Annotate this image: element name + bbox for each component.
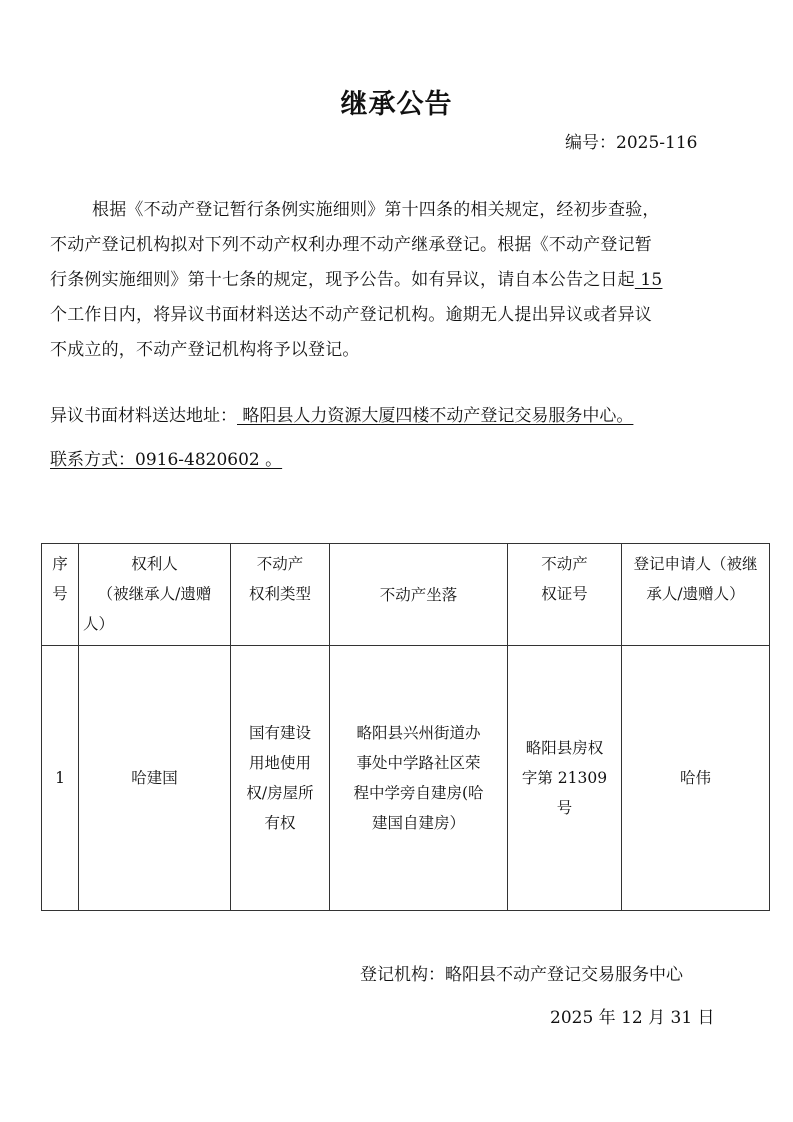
cell-applicant: 哈伟: [622, 646, 770, 911]
cell-certificate: 略阳县房权 字第 21309 号: [508, 646, 622, 911]
body-line-3-text: 行条例实施细则》第十七条的规定，现予公告。如有异议，请自本公告之日起: [50, 270, 635, 290]
cell-right-type: 国有建设 用地使用 权/房屋所 有权: [231, 646, 330, 911]
document-number: 编号：2025-116: [565, 128, 697, 153]
notice-title: 继承公告: [0, 82, 793, 121]
header-location: 不动产坐落: [330, 544, 508, 646]
inheritance-table: 序 号 权利人 （被继承人/遗赠 人） 不动产 权利类型 不动产坐落 不动产 权…: [41, 543, 770, 911]
objection-address: 异议书面材料送达地址： 略阳县人力资源大厦四楼不动产登记交易服务中心。: [50, 401, 633, 426]
contact-info: 联系方式：0916-4820602 。: [50, 445, 282, 470]
registration-organization: 登记机构：略阳县不动产登记交易服务中心: [360, 960, 683, 985]
cell-location: 略阳县兴州街道办 事处中学路社区荣 程中学旁自建房(哈 建国自建房）: [330, 646, 508, 911]
cell-right-holder: 哈建国: [79, 646, 231, 911]
body-line-3: 行条例实施细则》第十七条的规定，现予公告。如有异议，请自本公告之日起 15: [50, 263, 750, 298]
header-right-holder: 权利人 （被继承人/遗赠 人）: [79, 544, 231, 646]
table-row: 1 哈建国 国有建设 用地使用 权/房屋所 有权 略阳县兴州街道办 事处中学路社…: [42, 646, 770, 911]
header-index: 序 号: [42, 544, 79, 646]
notice-body: 根据《不动产登记暂行条例实施细则》第十四条的相关规定，经初步查验， 不动产登记机…: [50, 193, 750, 368]
notice-date: 2025 年 12 月 31 日: [550, 1003, 715, 1028]
header-right-type: 不动产 权利类型: [231, 544, 330, 646]
cell-index: 1: [42, 646, 79, 911]
objection-days: 15: [635, 270, 663, 290]
address-label: 异议书面材料送达地址：: [50, 406, 237, 426]
body-line-5: 不成立的，不动产登记机构将予以登记。: [50, 333, 750, 368]
header-certificate: 不动产 权证号: [508, 544, 622, 646]
body-line-2: 不动产登记机构拟对下列不动产权利办理不动产继承登记。根据《不动产登记暂: [50, 228, 750, 263]
address-value: 略阳县人力资源大厦四楼不动产登记交易服务中心。: [237, 406, 633, 426]
body-line-1: 根据《不动产登记暂行条例实施细则》第十四条的相关规定，经初步查验，: [50, 193, 750, 228]
table-header-row: 序 号 权利人 （被继承人/遗赠 人） 不动产 权利类型 不动产坐落 不动产 权…: [42, 544, 770, 646]
header-applicant: 登记申请人（被继 承人/遗赠人）: [622, 544, 770, 646]
body-line-4: 个工作日内，将异议书面材料送达不动产登记机构。逾期无人提出异议或者异议: [50, 298, 750, 333]
